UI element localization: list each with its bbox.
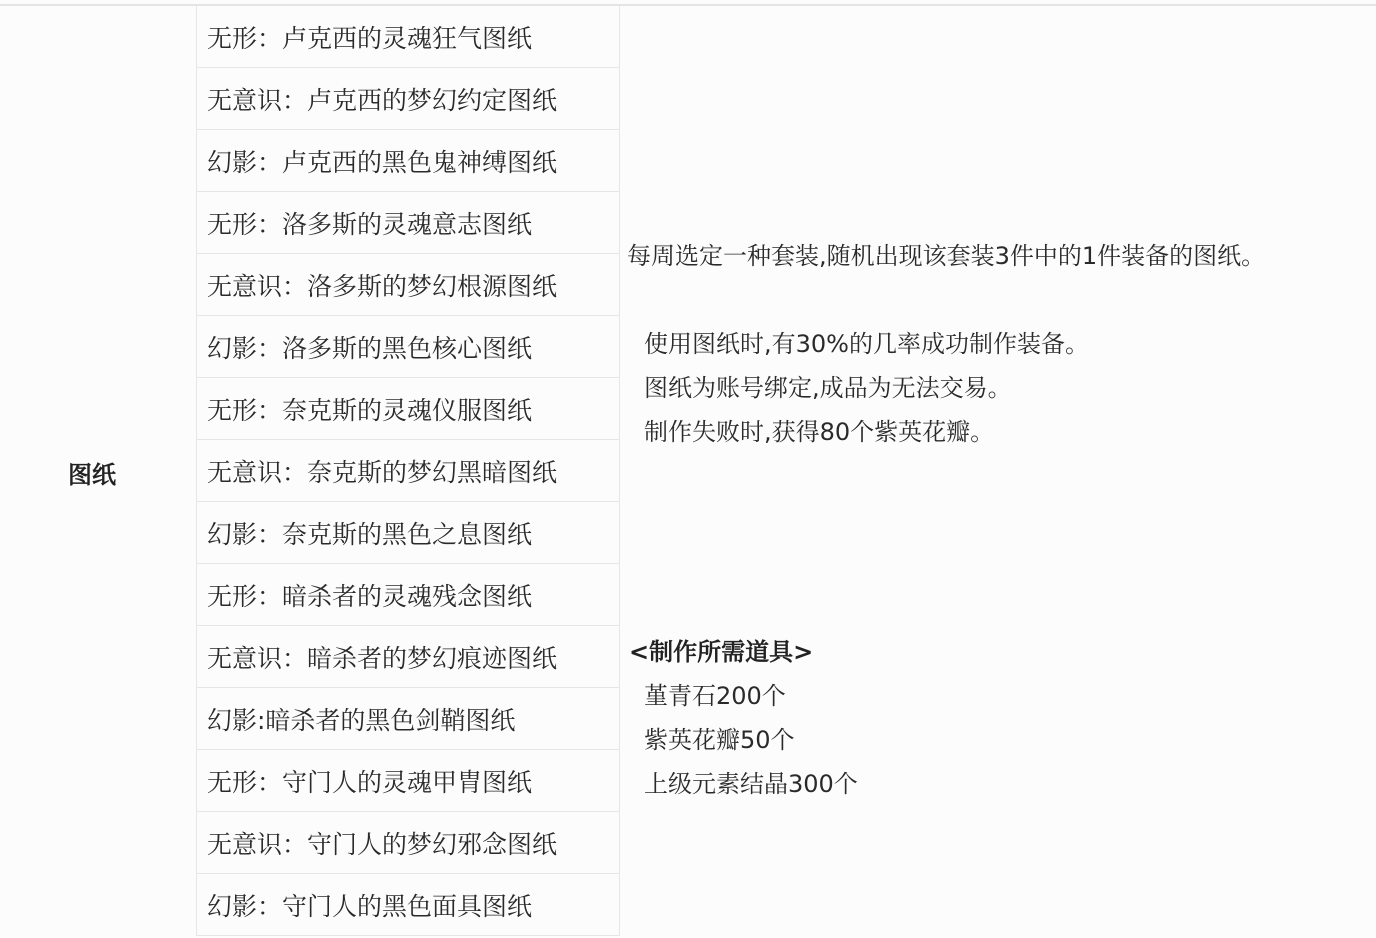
blueprint-table: 图纸 无形：卢克西的灵魂狂气图纸 无意识：卢克西的梦幻约定图纸 幻影：卢克西的黑… [0,4,1376,6]
blueprint-item: 幻影：奈克斯的黑色之息图纸 [197,502,619,564]
blueprint-item: 无形：守门人的灵魂甲胄图纸 [197,750,619,812]
blueprint-item: 无形：奈克斯的灵魂仪服图纸 [197,378,619,440]
blueprint-item: 无意识：洛多斯的梦幻根源图纸 [197,254,619,316]
blueprint-item: 幻影：守门人的黑色面具图纸 [197,874,619,934]
material-line: 紫英花瓣50个 [644,720,795,755]
blueprint-item: 无意识：卢克西的梦幻约定图纸 [197,68,619,130]
description-intro: 每周选定一种套装,随机出现该套装3件中的1件装备的图纸。 [627,236,1265,271]
blueprint-item: 幻影：卢克西的黑色鬼神缚图纸 [197,130,619,192]
material-line: 堇青石200个 [644,676,786,711]
rule-line: 图纸为账号绑定,成品为无法交易。 [644,368,1012,403]
blueprint-item: 无意识：暗杀者的梦幻痕迹图纸 [197,626,619,688]
blueprint-item: 幻影：洛多斯的黑色核心图纸 [197,316,619,378]
category-label: 图纸 [68,455,116,490]
materials-heading: <制作所需道具> [629,632,813,667]
blueprint-item: 无形：卢克西的灵魂狂气图纸 [197,6,619,68]
category-cell: 图纸 [0,6,196,934]
blueprint-item: 无形：暗杀者的灵魂残念图纸 [197,564,619,626]
blueprint-item: 无意识：守门人的梦幻邪念图纸 [197,812,619,874]
material-line: 上级元素结晶300个 [644,764,858,799]
blueprint-item: 无形：洛多斯的灵魂意志图纸 [197,192,619,254]
rule-line: 制作失败时,获得80个紫英花瓣。 [644,412,994,447]
blueprint-item: 幻影:暗杀者的黑色剑鞘图纸 [197,688,619,750]
description-cell: 每周选定一种套装,随机出现该套装3件中的1件装备的图纸。 使用图纸时,有30%的… [619,6,1376,934]
blueprint-item: 无意识：奈克斯的梦幻黑暗图纸 [197,440,619,502]
blueprint-list: 无形：卢克西的灵魂狂气图纸 无意识：卢克西的梦幻约定图纸 幻影：卢克西的黑色鬼神… [196,6,620,934]
rule-line: 使用图纸时,有30%的几率成功制作装备。 [644,324,1089,359]
